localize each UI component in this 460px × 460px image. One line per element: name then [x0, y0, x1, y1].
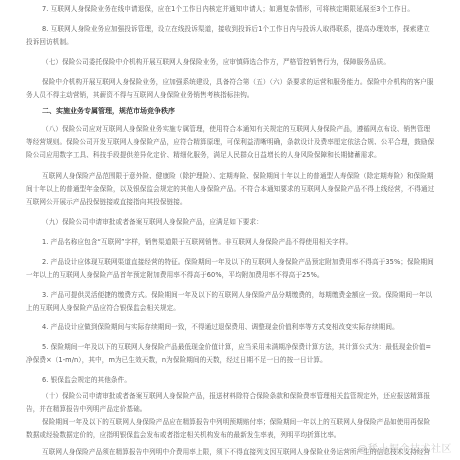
paragraph-7: 7. 互联网人身保险业务在线申请退保，应在1个工作日内核定并通知申请人；如遇复杂…: [26, 3, 436, 16]
paragraph-section-8-products: 互联网人身保险产品范围限于意外险、健康险（除护理险）、定期寿险、保险期间十年以上…: [26, 170, 436, 209]
paragraph-section-10-detail: 保险期间一年及以下的互联网人身保险产品应在精算报告中列明预期赔付率；保险期间一年…: [26, 416, 436, 442]
paragraph-8: 8. 互联网人身险业务应加强投诉管理，设立在线投诉渠道，接收到投诉后1个工作日内…: [26, 23, 436, 49]
paragraph-section-9-item-1: 1. 产品名称应包含“互联网”字样，销售渠道限于互联网销售。非互联网人身保险产品…: [26, 236, 436, 249]
paragraph-section-8: （八）保险公司应对互联网人身保险业务实施专属管理，使用符合本通知有关规定的互联网…: [26, 123, 436, 162]
section-heading: 二、实施业务专属管理，规范市场竞争秩序: [42, 105, 175, 118]
paragraph-section-9-item-6: 6. 银保监会规定的其他条件。: [26, 374, 436, 387]
paragraph-section-10: （十）保险公司申请审批或者备案互联网人身保险产品，报送材料除符合保险条款和保险费…: [26, 390, 436, 416]
paragraph-section-9-item-3: 3. 产品可提供灵活便捷的缴费方式。保险期间一年及以下的互联网人身保险产品分期缴…: [26, 289, 436, 315]
watermark: @稀土掘金技术社区: [358, 440, 453, 455]
paragraph-section-7: （七）保险公司委托保险中介机构开展互联网人身保险业务，应审慎筛选合作方，严格管控…: [26, 56, 436, 69]
paragraph-section-9-item-2: 2. 产品设计应体现互联网渠道直接经营的特征。保险期间一年及以下的互联网人身保险…: [26, 256, 436, 282]
paragraph-section-7-detail: 保险中介机构开展互联网人身保险业务，应加强系统建设，具备符合第（五）（六）条要求…: [26, 76, 436, 102]
paragraph-section-9: （九）保险公司申请审批或者备案互联网人身保险产品，应满足如下要求：: [26, 216, 436, 229]
paragraph-section-9-item-5: 5. 保险期间一年及以下的互联网人身保险产品最低现金价值计算，应当采用未满期净保…: [26, 341, 436, 367]
paragraph-section-9-item-4: 4. 产品设计应做到保险期间与实际存续期间一致，不得通过退保费用、调整现金价值利…: [26, 321, 436, 334]
